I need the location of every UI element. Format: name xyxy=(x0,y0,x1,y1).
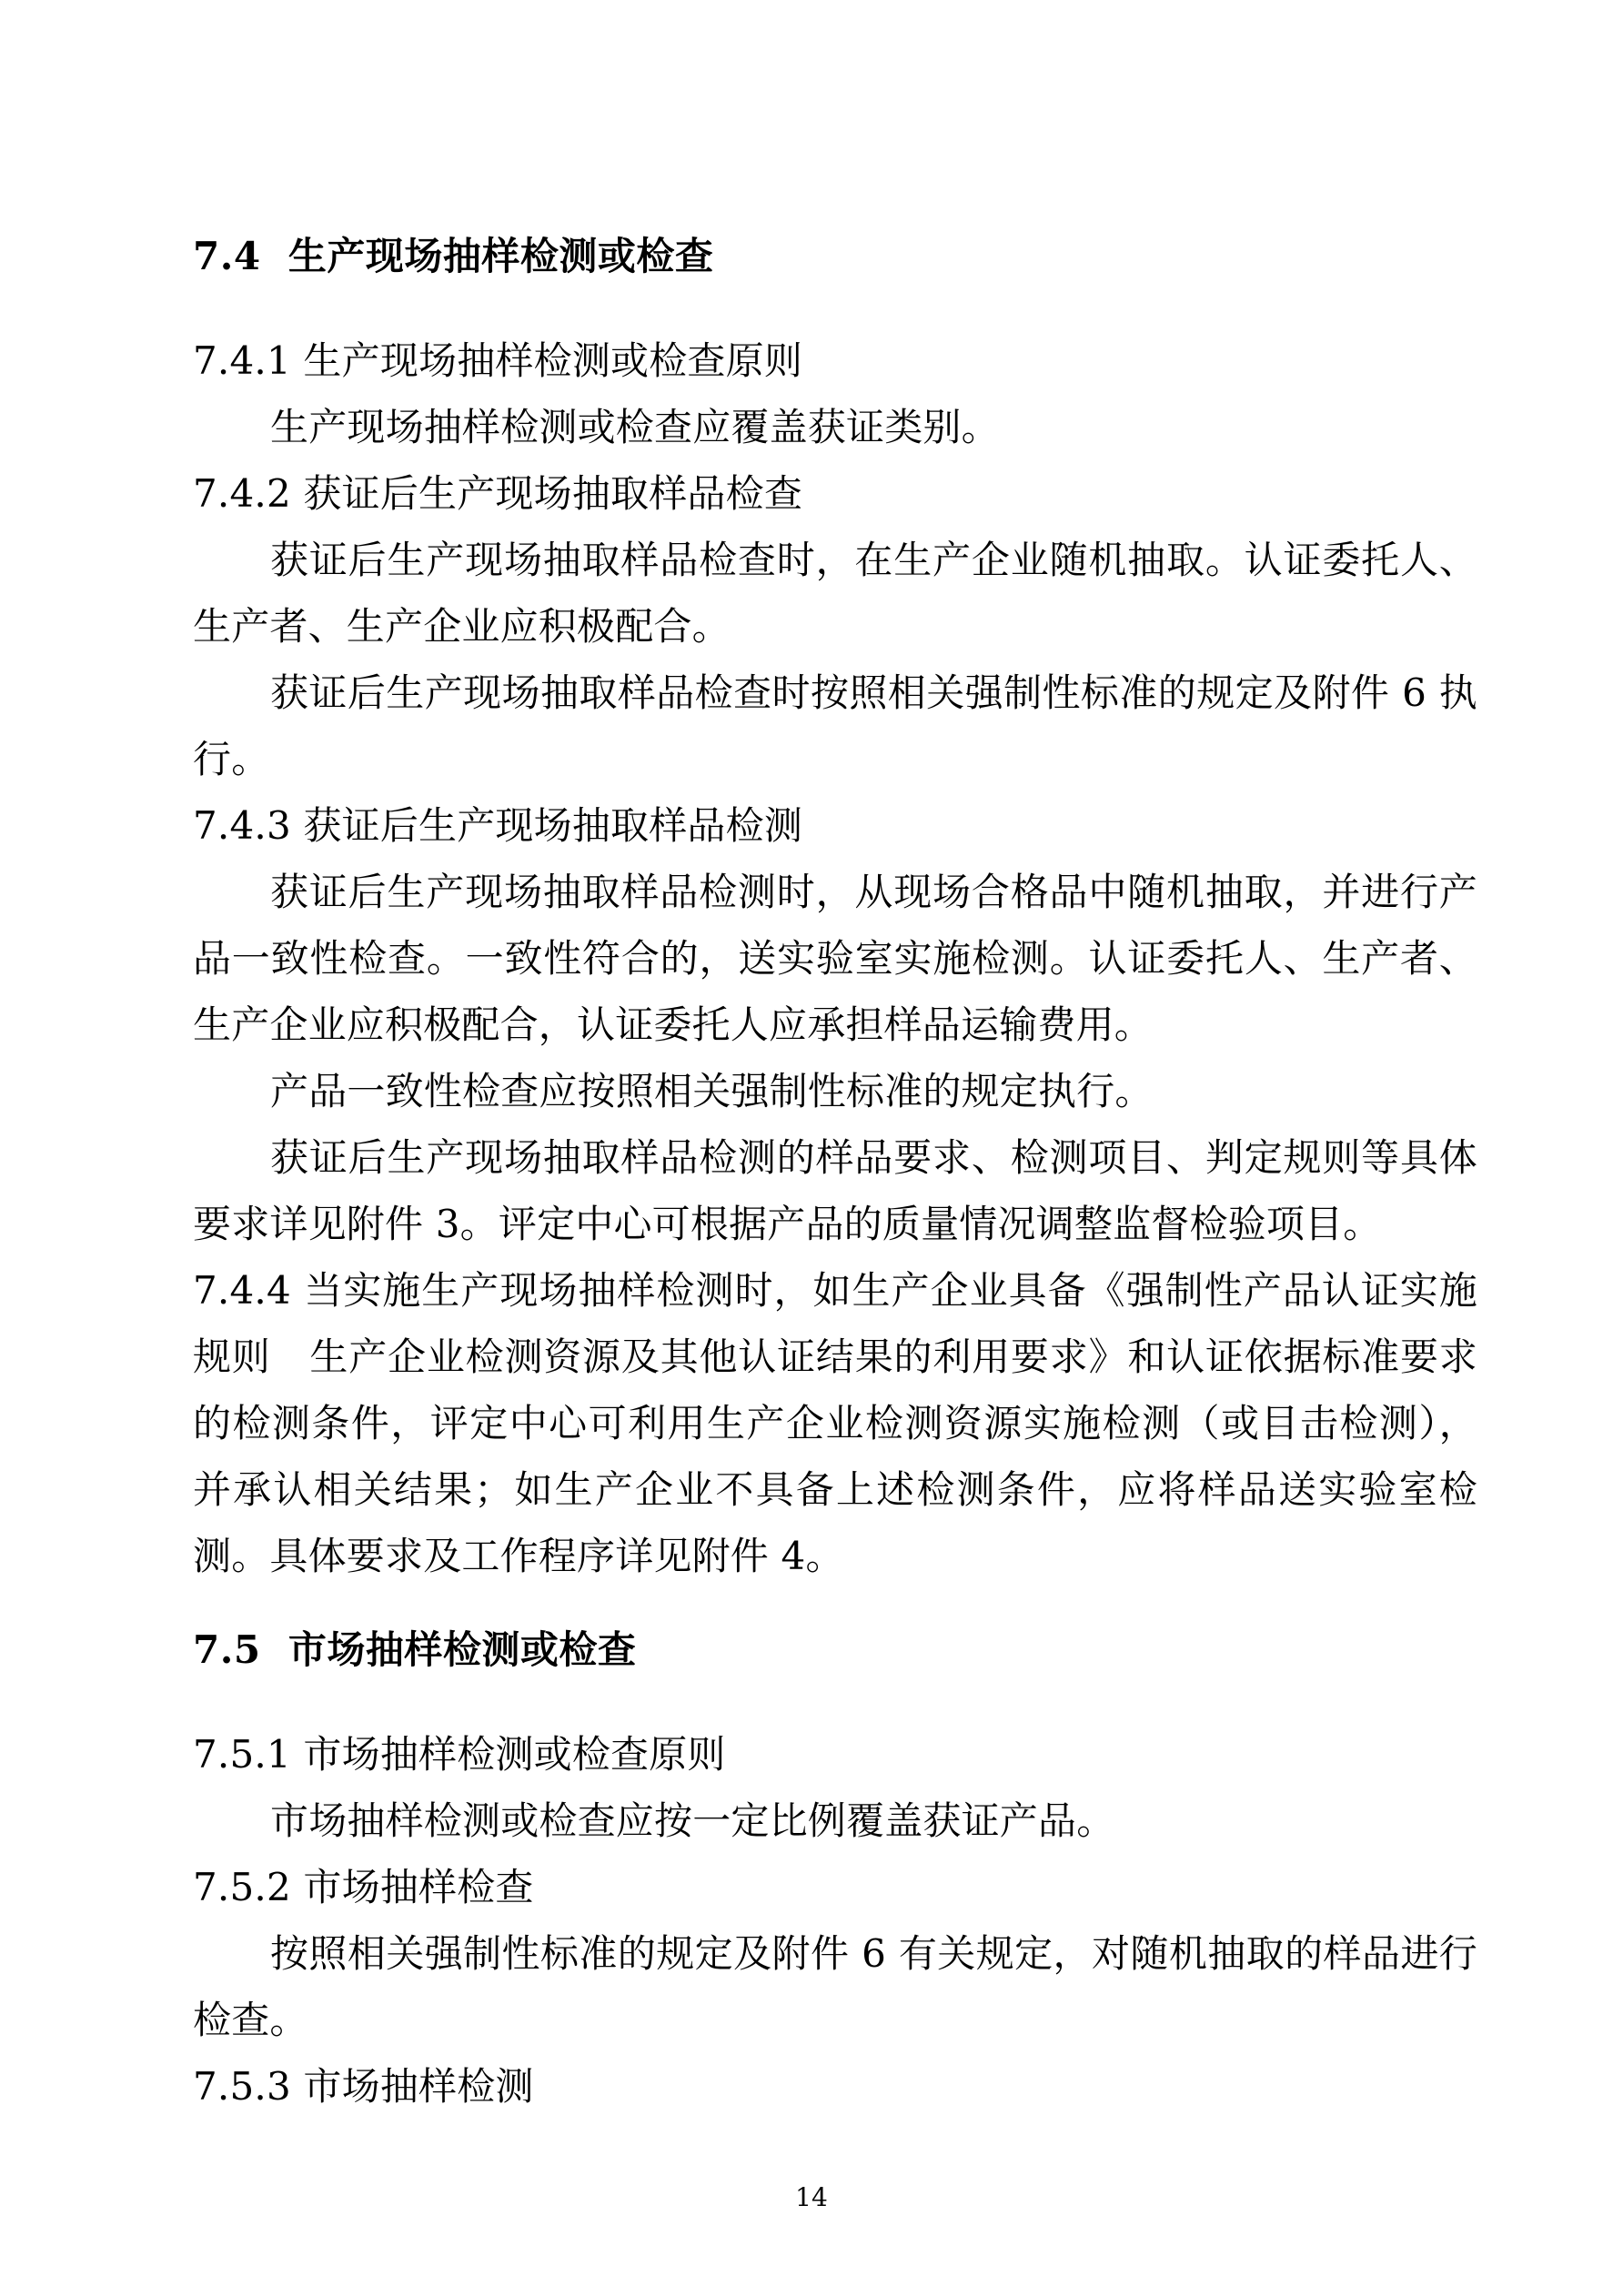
paragraph: 获证后生产现场抽取样品检测的样品要求、检测项目、判定规则等具体要求详见附件 3。… xyxy=(193,1124,1477,1257)
section-heading: 7.5 市场抽样检测或检查 xyxy=(193,1616,1477,1683)
paragraph: 产品一致性检查应按照相关强制性标准的规定执行。 xyxy=(193,1058,1477,1124)
paragraph: 7.4.4 当实施生产现场抽样检测时，如生产企业具备《强制性产品认证实施规则 生… xyxy=(193,1257,1477,1589)
paragraph: 7.5.1 市场抽样检测或检查原则 xyxy=(193,1721,1477,1787)
paragraph: 7.5.3 市场抽样检测 xyxy=(193,2053,1477,2120)
paragraph: 7.5.2 市场抽样检查 xyxy=(193,1854,1477,1920)
page-footer: 14 xyxy=(0,2181,1623,2214)
document-body: 7.4 生产现场抽样检测或检查7.4.1 生产现场抽样检测或检查原则生产现场抽样… xyxy=(193,0,1477,2120)
paragraph: 7.4.3 获证后生产现场抽取样品检测 xyxy=(193,792,1477,859)
section-heading: 7.4 生产现场抽样检测或检查 xyxy=(193,223,1477,289)
paragraph: 7.4.1 生产现场抽样检测或检查原则 xyxy=(193,327,1477,394)
paragraph: 获证后生产现场抽取样品检查时，在生产企业随机抽取。认证委托人、生产者、生产企业应… xyxy=(193,527,1477,660)
paragraph: 市场抽样检测或检查应按一定比例覆盖获证产品。 xyxy=(193,1787,1477,1854)
page-number: 14 xyxy=(795,2182,828,2212)
paragraph: 获证后生产现场抽取样品检查时按照相关强制性标准的规定及附件 6 执行。 xyxy=(193,660,1477,792)
paragraph: 7.4.2 获证后生产现场抽取样品检查 xyxy=(193,460,1477,527)
document-page: 7.4 生产现场抽样检测或检查7.4.1 生产现场抽样检测或检查原则生产现场抽样… xyxy=(0,0,1623,2296)
paragraph: 生产现场抽样检测或检查应覆盖获证类别。 xyxy=(193,394,1477,460)
paragraph: 获证后生产现场抽取样品检测时，从现场合格品中随机抽取，并进行产品一致性检查。一致… xyxy=(193,859,1477,1058)
paragraph: 按照相关强制性标准的规定及附件 6 有关规定，对随机抽取的样品进行检查。 xyxy=(193,1920,1477,2053)
